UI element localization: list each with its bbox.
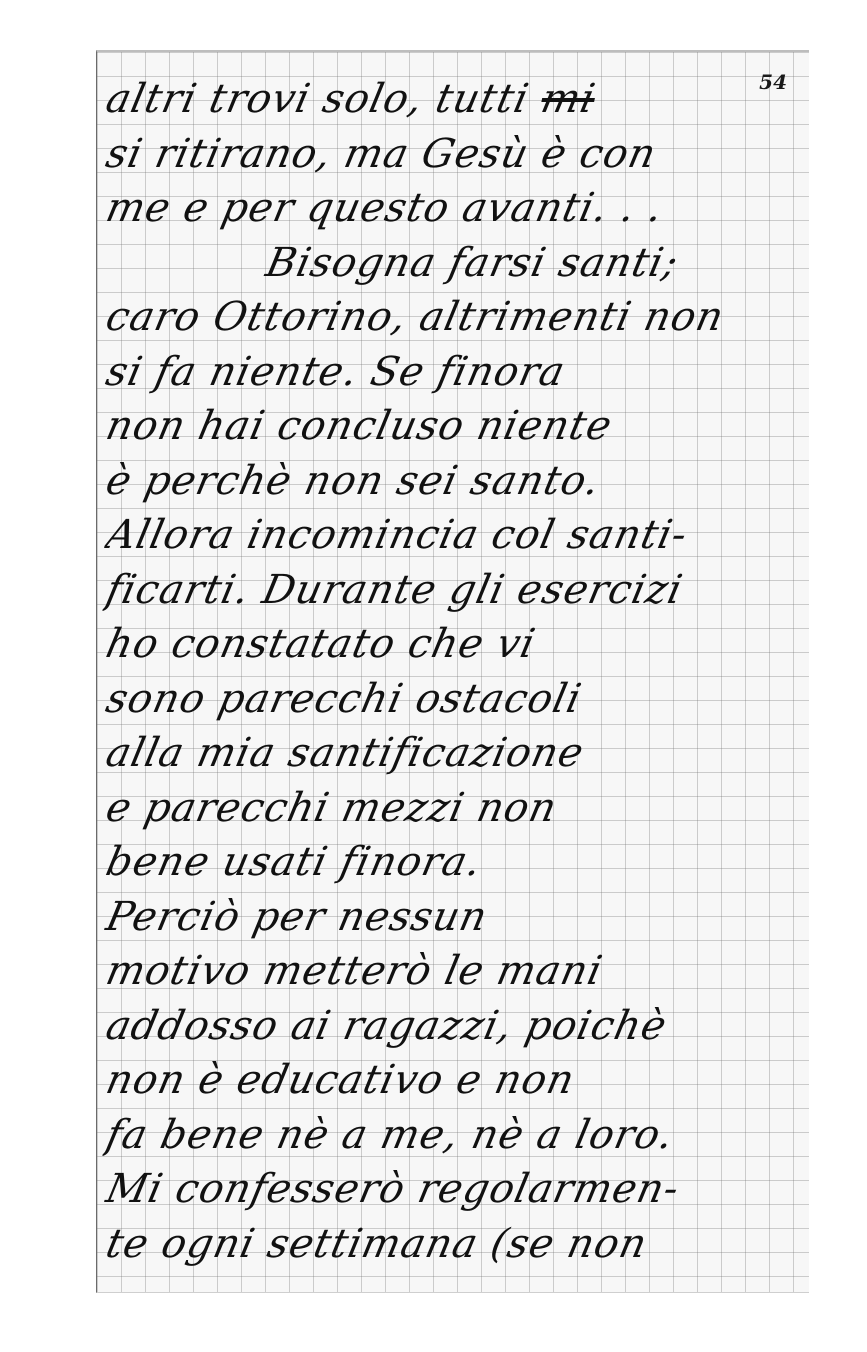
text-line: alla mia santificazione (101, 726, 815, 781)
text-line: Allora incomincia col santi- (101, 508, 815, 563)
text-line: non è educativo e non (101, 1053, 815, 1108)
text-line: caro Ottorino, altrimenti non (101, 290, 815, 345)
text-line: si ritirano, ma Gesù è con (101, 127, 815, 182)
text-line: bene usati finora. (101, 835, 815, 890)
text-line: Bisogna farsi santi; (101, 236, 815, 291)
text-line: non hai concluso niente (101, 399, 815, 454)
text-line: Mi confesserò regolarmen- (101, 1162, 815, 1217)
text-line: fa bene nè a me, nè a loro. (101, 1108, 815, 1163)
text-line: si fa niente. Se finora (101, 345, 815, 400)
text-line: sono parecchi ostacoli (101, 672, 815, 727)
handwritten-text: altri trovi solo, tutti misi ritirano, m… (101, 72, 803, 1271)
text-line: motivo metterò le mani (101, 944, 815, 999)
text-line: è perchè non sei santo. (101, 454, 815, 509)
text-line: altri trovi solo, tutti mi (101, 72, 815, 127)
text-line: ficarti. Durante gli esercizi (101, 563, 815, 618)
text-line: Perciò per nessun (101, 890, 815, 945)
text-line: te ogni settimana (se non (101, 1217, 815, 1272)
text-line: e parecchi mezzi non (101, 781, 815, 836)
notebook-page: 54 altri trovi solo, tutti misi ritirano… (96, 50, 809, 1293)
text-line: addosso ai ragazzi, poichè (101, 999, 815, 1054)
text-line: ho constatato che vi (101, 617, 815, 672)
text-line: me e per questo avanti. . . (101, 181, 815, 236)
struck-word: mi (537, 76, 600, 122)
